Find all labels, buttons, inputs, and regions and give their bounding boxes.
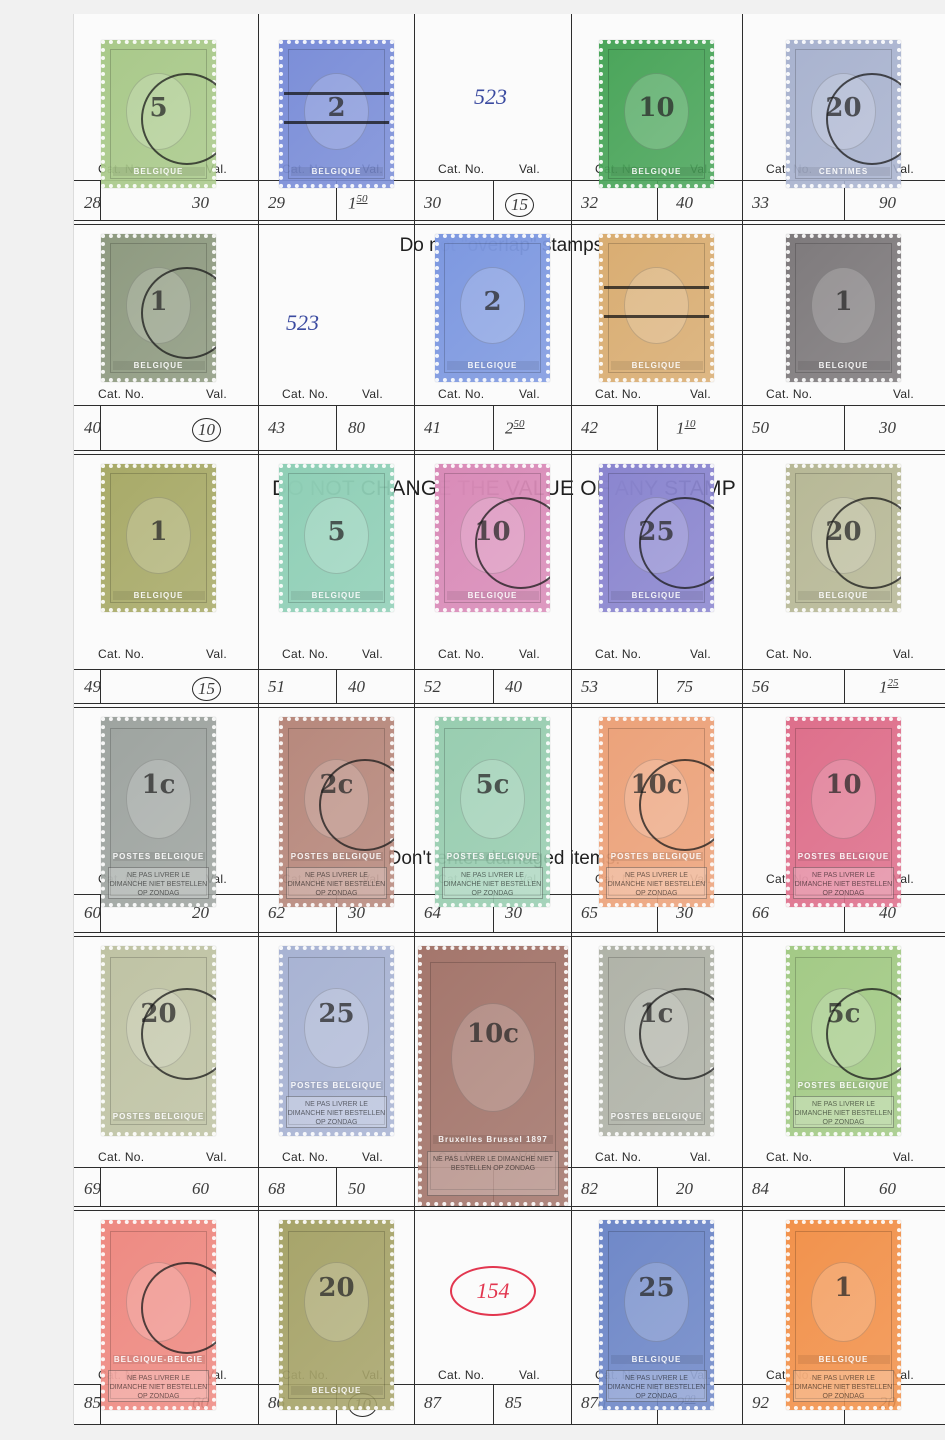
stamp-inscription: BELGIQUE: [611, 1355, 703, 1364]
value-entry[interactable]: 30: [879, 418, 896, 438]
cat-no-entry[interactable]: 82: [581, 1179, 598, 1199]
cat-no-label: Cat. No.: [766, 647, 812, 661]
value-entry[interactable]: 40: [676, 193, 693, 213]
value-entry[interactable]: 10: [192, 418, 221, 442]
stamp-cat-53[interactable]: 25BELGIQUE: [599, 464, 714, 612]
row-bottom-line: [74, 1206, 945, 1207]
stamp-inscription: POSTES BELGIQUE: [611, 1112, 703, 1121]
stamp-inscription: BELGIQUE: [611, 361, 703, 370]
stamp-tab: NE PAS LIVRER LE DIMANCHE NIET BESTELLEN…: [108, 1370, 209, 1402]
value-entry[interactable]: 250: [505, 418, 525, 439]
stamp-cat-49[interactable]: 1BELGIQUE: [101, 464, 216, 612]
cat-no-entry[interactable]: 33: [752, 193, 769, 213]
value-entry[interactable]: 30: [192, 193, 209, 213]
cat-no-label: Cat. No.: [282, 387, 328, 401]
stamp-cat-60[interactable]: 1cPOSTES BELGIQUENE PAS LIVRER LE DIMANC…: [101, 717, 216, 907]
value-entry[interactable]: 125: [879, 677, 899, 698]
bar-cancel: [604, 315, 710, 318]
stamp-denomination: 10: [786, 770, 901, 800]
val-label: Val.: [690, 647, 711, 661]
stamp-inscription: BELGIQUE: [113, 167, 205, 176]
stamp-inscription: BELGIQUE: [611, 591, 703, 600]
cat-no-entry[interactable]: 60: [84, 903, 101, 923]
value-entry[interactable]: 90: [879, 193, 896, 213]
cat-val-divider: [336, 670, 337, 704]
stamp-inscription: BELGIQUE: [291, 1386, 383, 1395]
val-label: Val.: [519, 1368, 540, 1382]
val-label: Val.: [893, 1150, 914, 1164]
cat-no-entry[interactable]: 32: [581, 193, 598, 213]
val-label: Val.: [690, 1150, 711, 1164]
cat-no-label: Cat. No.: [595, 1150, 641, 1164]
stamp-tab: NE PAS LIVRER LE DIMANCHE NIET BESTELLEN…: [286, 867, 387, 899]
stamp-tab: NE PAS LIVRER LE DIMANCHE NIET BESTELLEN…: [606, 867, 707, 899]
stamp-cat-68[interactable]: 25POSTES BELGIQUENE PAS LIVRER LE DIMANC…: [279, 946, 394, 1136]
value-entry[interactable]: 15: [505, 193, 534, 217]
stamp-denomination: 1c: [101, 770, 216, 800]
stamp-inscription: Bruxelles Brussel 1897: [433, 1135, 553, 1144]
stamp-denomination: 2: [279, 93, 394, 123]
val-label: Val.: [690, 387, 711, 401]
value-entry[interactable]: 60: [192, 1179, 209, 1199]
value-entry[interactable]: 85: [505, 1393, 522, 1413]
stamp-denomination: 1: [786, 287, 901, 317]
value-entry[interactable]: 60: [879, 1179, 896, 1199]
stamp-inscription: BELGIQUE: [447, 591, 539, 600]
stamp-tab: NE PAS LIVRER LE DIMANCHE NIET BESTELLEN…: [793, 1096, 894, 1128]
value-entry[interactable]: 80: [348, 418, 365, 438]
value-entry[interactable]: 40: [348, 677, 365, 697]
stamp-cat-42[interactable]: BELGIQUE: [599, 234, 714, 382]
stamp-cat-82[interactable]: 1cPOSTES BELGIQUE: [599, 946, 714, 1136]
cat-no-entry[interactable]: 84: [752, 1179, 769, 1199]
cat-no-entry[interactable]: 49: [84, 677, 101, 697]
album-sheet: Do not "overlap" stamps. DO NOT CHANGE T…: [74, 14, 945, 1424]
cat-val-divider: [844, 1168, 845, 1207]
note-cell-6-3: 154: [450, 1266, 536, 1316]
cat-no-entry[interactable]: 29: [268, 193, 285, 213]
val-label: Val.: [893, 647, 914, 661]
stamp-inscription: POSTES BELGIQUE: [611, 852, 703, 861]
column-divider: [742, 14, 743, 1424]
stamp-denomination: 1: [786, 1273, 901, 1303]
cat-no-entry[interactable]: 85: [84, 1393, 101, 1413]
stamp-inscription: BELGIQUE-BELGIE: [113, 1355, 205, 1364]
stamp-cat-50[interactable]: 1BELGIQUE: [786, 234, 901, 382]
val-label: Val.: [362, 1150, 383, 1164]
note-cell-1-3: 523: [474, 84, 507, 110]
cat-no-entry[interactable]: 42: [581, 418, 598, 438]
row-bottom-line: [74, 450, 945, 451]
cat-no-entry[interactable]: 53: [581, 677, 598, 697]
stamp-cat-64[interactable]: 5cPOSTES BELGIQUENE PAS LIVRER LE DIMANC…: [435, 717, 550, 907]
stamp-cat-62[interactable]: 2cPOSTES BELGIQUENE PAS LIVRER LE DIMANC…: [279, 717, 394, 907]
row-bottom-line: [74, 1424, 945, 1425]
val-label: Val.: [362, 647, 383, 661]
value-entry[interactable]: 20: [676, 1179, 693, 1199]
stamp-cat-unlisted[interactable]: 10cBruxelles Brussel 1897NE PAS LIVRER L…: [418, 946, 568, 1206]
bar-cancel: [284, 121, 390, 124]
cat-no-entry[interactable]: 51: [268, 677, 285, 697]
stamp-tab: NE PAS LIVRER LE DIMANCHE NIET BESTELLEN…: [108, 867, 209, 899]
cat-val-divider: [657, 670, 658, 704]
cat-no-entry[interactable]: 40: [84, 418, 101, 438]
value-entry[interactable]: 110: [676, 418, 696, 439]
stamp-denomination: 10c: [418, 1019, 568, 1049]
row-bottom-line: [74, 220, 945, 221]
stamp-tab: NE PAS LIVRER LE DIMANCHE NIET BESTELLEN…: [286, 1096, 387, 1128]
column-divider: [571, 14, 572, 1424]
stamp-inscription: CENTIMES: [798, 167, 890, 176]
stamp-inscription: POSTES BELGIQUE: [291, 1081, 383, 1090]
cat-no-label: Cat. No.: [438, 1368, 484, 1382]
cat-no-entry[interactable]: 92: [752, 1393, 769, 1413]
row-bottom-line: [74, 932, 945, 933]
stamp-inscription: POSTES BELGIQUE: [113, 1112, 205, 1121]
stamp-cat-29[interactable]: 2BELGIQUE: [279, 40, 394, 188]
cat-val-divider: [493, 1385, 494, 1425]
column-divider: [414, 14, 415, 1424]
cat-no-entry[interactable]: 66: [752, 903, 769, 923]
value-entry[interactable]: 15: [192, 677, 221, 701]
val-label: Val.: [893, 387, 914, 401]
cat-val-divider: [493, 406, 494, 451]
stamp-tab: NE PAS LIVRER LE DIMANCHE NIET BESTELLEN…: [427, 1151, 559, 1195]
cat-no-label: Cat. No.: [98, 1150, 144, 1164]
bar-cancel: [604, 286, 710, 289]
stamp-cat-87a[interactable]: 25BELGIQUENE PAS LIVRER LE DIMANCHE NIET…: [599, 1220, 714, 1410]
cat-no-entry[interactable]: 65: [581, 903, 598, 923]
cat-no-label: Cat. No.: [766, 387, 812, 401]
value-entry[interactable]: 40: [505, 677, 522, 697]
value-entry[interactable]: 50: [348, 1179, 365, 1199]
stamp-denomination: 25: [279, 999, 394, 1029]
row-label-line: [74, 669, 945, 670]
stamp-cat-65[interactable]: 10cPOSTES BELGIQUENE PAS LIVRER LE DIMAN…: [599, 717, 714, 907]
stamp-cat-92[interactable]: 1BELGIQUENE PAS LIVRER LE DIMANCHE NIET …: [786, 1220, 901, 1410]
stamp-denomination: 10: [599, 93, 714, 123]
cat-val-divider: [336, 1168, 337, 1207]
column-divider: [258, 14, 259, 1424]
stamp-cat-84[interactable]: 5cPOSTES BELGIQUENE PAS LIVRER LE DIMANC…: [786, 946, 901, 1136]
cat-no-entry[interactable]: 43: [268, 418, 285, 438]
val-label: Val.: [206, 387, 227, 401]
cat-no-entry[interactable]: 30: [424, 193, 441, 213]
val-label: Val.: [519, 387, 540, 401]
cat-no-entry[interactable]: 68: [268, 1179, 285, 1199]
stamp-inscription: BELGIQUE: [798, 591, 890, 600]
cat-val-divider: [657, 1168, 658, 1207]
cat-no-label: Cat. No.: [595, 647, 641, 661]
stamp-tab: NE PAS LIVRER LE DIMANCHE NIET BESTELLEN…: [606, 1370, 707, 1402]
cat-no-label: Cat. No.: [438, 387, 484, 401]
stamp-cat-28[interactable]: 5BELGIQUE: [101, 40, 216, 188]
cat-no-entry[interactable]: 69: [84, 1179, 101, 1199]
cat-val-divider: [844, 670, 845, 704]
cat-no-label: Cat. No.: [282, 647, 328, 661]
cat-no-entry[interactable]: 87: [424, 1393, 441, 1413]
stamp-inscription: BELGIQUE: [113, 591, 205, 600]
cat-val-divider: [844, 406, 845, 451]
cat-no-label: Cat. No.: [282, 1150, 328, 1164]
cat-no-label: Cat. No.: [595, 387, 641, 401]
cat-val-divider: [336, 406, 337, 451]
stamp-cat-86[interactable]: 20BELGIQUE: [279, 1220, 394, 1410]
stamp-denomination: 2: [435, 287, 550, 317]
stamp-cat-66[interactable]: 10POSTES BELGIQUENE PAS LIVRER LE DIMANC…: [786, 717, 901, 907]
cat-val-divider: [657, 406, 658, 451]
stamp-cat-33[interactable]: 20CENTIMES: [786, 40, 901, 188]
val-label: Val.: [362, 387, 383, 401]
stamp-denomination: 20: [279, 1273, 394, 1303]
val-label: Val.: [206, 1150, 227, 1164]
stamp-cat-51[interactable]: 5BELGIQUE: [279, 464, 394, 612]
stamp-denomination: 1: [101, 517, 216, 547]
row-bottom-line: [74, 703, 945, 704]
row-label-line: [74, 405, 945, 406]
stamp-cat-40[interactable]: 1BELGIQUE: [101, 234, 216, 382]
stamp-inscription: BELGIQUE: [798, 361, 890, 370]
stamp-tab: NE PAS LIVRER LE DIMANCHE NIET BESTELLEN…: [793, 1370, 894, 1402]
note-cell-2-2: 523: [286, 310, 319, 336]
cat-no-label: Cat. No.: [766, 1150, 812, 1164]
stamp-cat-69[interactable]: 20POSTES BELGIQUE: [101, 946, 216, 1136]
stamp-denomination: 25: [599, 1273, 714, 1303]
stamp-inscription: POSTES BELGIQUE: [798, 852, 890, 861]
stamp-inscription: BELGIQUE: [611, 167, 703, 176]
stamp-cat-56[interactable]: 20BELGIQUE: [786, 464, 901, 612]
cat-no-label: Cat. No.: [438, 647, 484, 661]
stamp-inscription: POSTES BELGIQUE: [291, 852, 383, 861]
stamp-tab: NE PAS LIVRER LE DIMANCHE NIET BESTELLEN…: [442, 867, 543, 899]
stamp-cat-85[interactable]: BELGIQUE-BELGIENE PAS LIVRER LE DIMANCHE…: [101, 1220, 216, 1410]
stamp-cat-32[interactable]: 10BELGIQUE: [599, 40, 714, 188]
stamp-cat-41[interactable]: 2BELGIQUE: [435, 234, 550, 382]
stamp-inscription: POSTES BELGIQUE: [798, 1081, 890, 1090]
bar-cancel: [284, 92, 390, 95]
stamp-tab: NE PAS LIVRER LE DIMANCHE NIET BESTELLEN…: [793, 867, 894, 899]
stamp-denomination: 5c: [435, 770, 550, 800]
cat-no-entry[interactable]: 50: [752, 418, 769, 438]
cat-no-entry[interactable]: 52: [424, 677, 441, 697]
stamp-portrait: [624, 267, 688, 344]
cat-val-divider: [493, 670, 494, 704]
cat-no-label: Cat. No.: [438, 162, 484, 176]
val-label: Val.: [519, 647, 540, 661]
stamp-cat-52[interactable]: 10BELGIQUE: [435, 464, 550, 612]
value-entry[interactable]: 75: [676, 677, 693, 697]
cat-no-label: Cat. No.: [98, 387, 144, 401]
stamp-inscription: POSTES BELGIQUE: [447, 852, 539, 861]
stamp-inscription: POSTES BELGIQUE: [113, 852, 205, 861]
stamp-denomination: 5: [279, 517, 394, 547]
cat-no-entry[interactable]: 41: [424, 418, 441, 438]
stamp-inscription: BELGIQUE: [113, 361, 205, 370]
stamp-inscription: BELGIQUE: [447, 361, 539, 370]
val-label: Val.: [519, 162, 540, 176]
cat-val-divider: [493, 181, 494, 221]
stamp-inscription: BELGIQUE: [798, 1355, 890, 1364]
val-label: Val.: [206, 647, 227, 661]
cat-no-entry[interactable]: 28: [84, 193, 101, 213]
cat-no-entry[interactable]: 56: [752, 677, 769, 697]
cat-no-label: Cat. No.: [98, 647, 144, 661]
stamp-inscription: BELGIQUE: [291, 591, 383, 600]
stamp-inscription: BELGIQUE: [291, 167, 383, 176]
value-entry[interactable]: 150: [348, 193, 368, 214]
